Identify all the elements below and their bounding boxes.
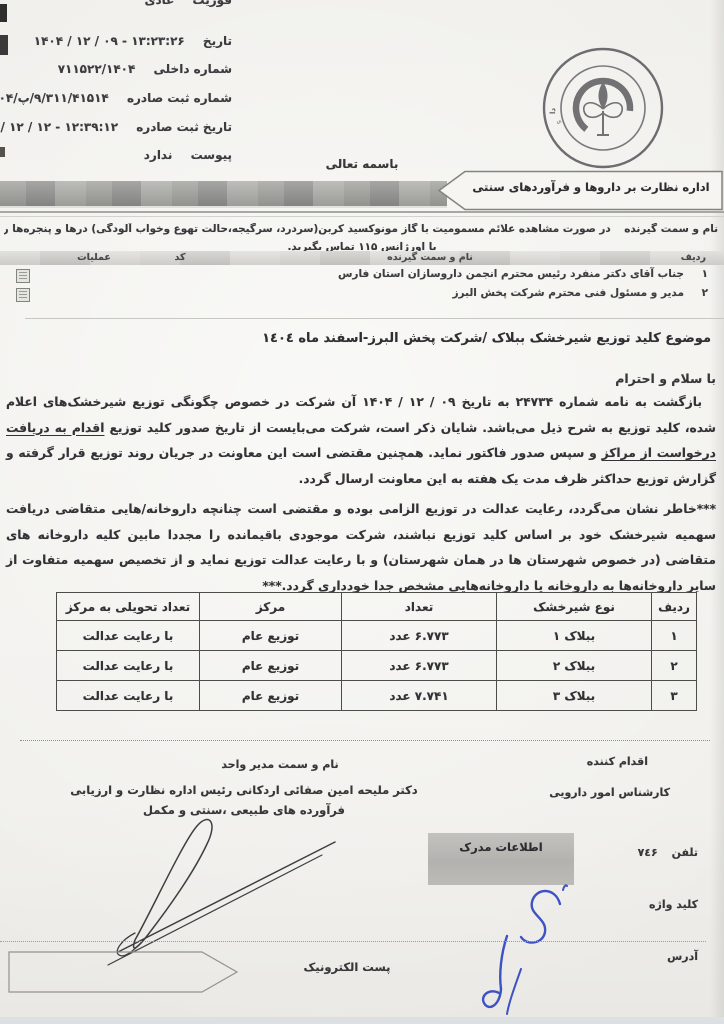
header-quantity: تعداد <box>342 593 497 621</box>
cell-delivered: با رعایت عدالت <box>57 681 200 711</box>
actor-label: اقدام کننده <box>587 755 648 768</box>
header-delivered: تعداد تحویلی به مرکز <box>57 593 200 621</box>
date-label: تاریخ <box>203 34 232 48</box>
registration-number-value: ص/۱۴۰۴/پ/۹/۳۱۱/۴۱۵۱۴ <box>0 91 109 105</box>
recipients-table-header: ردیف نام و سمت گیرنده کد عملیات <box>0 251 724 265</box>
cell-row: ۲ <box>652 651 697 681</box>
cell-qty: ۶.۷۷۳ عدد <box>342 621 497 651</box>
department-bar <box>0 181 447 206</box>
recipient-name: جناب آقای دکتر منفرد رئیس محترم انجمن دا… <box>338 268 684 280</box>
seal-tulip-emblem <box>565 70 641 146</box>
recipient-field-label: نام و سمت گیرنده <box>624 223 718 235</box>
table-header-row: ردیف نوع شیرخشک تعداد مرکز تعداد تحویلی … <box>57 593 697 621</box>
department-title: اداره نظارت بر داروها و فرآوردهای سنتی <box>468 180 714 194</box>
cell-row: ۱ <box>652 621 697 651</box>
internal-number-label: شماره داخلی <box>154 62 232 76</box>
table-row: ۱ ببلاک ۱ ۶.۷۷۳ عدد توزیع عام با رعایت ع… <box>57 621 697 651</box>
registration-date-value: ۱۴۰۴ / ۱۲ / ۱۲ - ۱۲:۳۹:۱۲ <box>0 120 118 134</box>
header-center: مرکز <box>200 593 342 621</box>
divider <box>0 211 724 213</box>
blue-signature <box>463 874 585 1022</box>
internal-number-value: ۷۱۱۵۲۲/۱۴۰۴ <box>58 62 136 76</box>
date-value: ۱۴۰۴ / ۱۲ / ۰۹ - ۱۳:۲۳:۲۶ <box>34 34 185 48</box>
cell-qty: ۷.۷۴۱ عدد <box>342 681 497 711</box>
cell-center: توزیع عام <box>200 681 342 711</box>
scan-artifact <box>0 147 5 157</box>
meta-row-registration-number: شماره ثبت صادره ص/۱۴۰۴/پ/۹/۳۱۱/۴۱۵۱۴ <box>0 91 232 105</box>
col-recipient-name: نام و سمت گیرنده <box>372 252 488 263</box>
cell-delivered: با رعایت عدالت <box>57 621 200 651</box>
meta-row-urgency: فوریت عادی <box>144 0 232 7</box>
paragraph-text: بازگشت به نامه شماره ۲۴۷۳۴ به تاریخ ۰۹ /… <box>6 395 716 435</box>
document-page: فوریت عادی تاریخ ۱۴۰۴ / ۱۲ / ۰۹ - ۱۳:۲۳:… <box>0 0 724 1024</box>
phone-value: ۷٤۶ <box>638 846 658 859</box>
divider <box>0 941 706 942</box>
meta-row-internal-number: شماره داخلی ۷۱۱۵۲۲/۱۴۰۴ <box>58 62 232 76</box>
university-seal-icon: دانشگاه علوم پزشکی و خدمات بهداشتی درمان… <box>541 46 665 170</box>
registration-date-label: تاریخ ثبت صادره <box>136 120 232 134</box>
document-checkbox-icon <box>16 269 30 283</box>
salutation: با سلام و احترام <box>615 371 716 386</box>
cell-type: ببلاک ۲ <box>497 651 652 681</box>
document-checkbox-icon <box>16 288 30 302</box>
manager-caption: نام و سمت مدیر واحد <box>205 758 355 771</box>
phone-row: تلفن ۷٤۶ <box>638 846 698 859</box>
phone-label: تلفن <box>672 846 698 859</box>
divider <box>20 740 710 741</box>
table-row: ۳ ببلاک ۳ ۷.۷۴۱ عدد توزیع عام با رعایت ع… <box>57 681 697 711</box>
meta-row-date: تاریخ ۱۴۰۴ / ۱۲ / ۰۹ - ۱۳:۲۳:۲۶ <box>34 34 232 48</box>
cell-center: توزیع عام <box>200 621 342 651</box>
subject-line: موضوع کلید توزیع شیرخشک ببلاک /شرکت پخش … <box>262 331 711 346</box>
table-row: ۲ ببلاک ۲ ۶.۷۷۳ عدد توزیع عام با رعایت ع… <box>57 651 697 681</box>
cell-type: ببلاک ۱ <box>497 621 652 651</box>
cell-qty: ۶.۷۷۳ عدد <box>342 651 497 681</box>
divider <box>0 216 724 217</box>
actor-role: کارشناس امور دارویی <box>549 786 670 799</box>
cell-center: توزیع عام <box>200 651 342 681</box>
urgency-label: فوریت <box>193 0 233 7</box>
scan-artifact <box>0 35 8 55</box>
scan-artifact <box>0 4 7 22</box>
email-label: پست الکترونیک <box>292 960 402 974</box>
cell-type: ببلاک ۳ <box>497 681 652 711</box>
co-warning-text: در صورت مشاهده علائم مسمومیت با گاز مونو… <box>4 223 611 235</box>
body-paragraph-2: ***خاطر نشان می‌گردد، رعایت عدالت در توز… <box>6 497 716 599</box>
header-row-number: ردیف <box>652 593 697 621</box>
col-operations: عملیات <box>72 252 116 263</box>
urgency-value: عادی <box>144 0 174 7</box>
col-row-number: ردیف <box>681 252 706 263</box>
body-paragraph-1: بازگشت به نامه شماره ۲۴۷۳۴ به تاریخ ۰۹ /… <box>6 390 716 492</box>
cell-row: ۳ <box>652 681 697 711</box>
recipient-warning-line: نام و سمت گیرنده در صورت مشاهده علائم مس… <box>4 223 718 235</box>
col-code: کد <box>163 252 197 263</box>
registration-number-label: شماره ثبت صادره <box>127 91 232 105</box>
keyword-label: کلید واژه <box>649 898 698 911</box>
basmala: باسمه تعالی <box>0 157 724 171</box>
meta-row-registration-date: تاریخ ثبت صادره ۱۴۰۴ / ۱۲ / ۱۲ - ۱۲:۳۹:۱… <box>0 120 232 134</box>
header-milk-type: نوع شیرخشک <box>497 593 652 621</box>
divider <box>25 318 724 319</box>
recipient-row-number: ۲ <box>702 287 708 299</box>
recipient-name: مدیر و مسئول فنی محترم شرکت پخش البرز <box>452 287 684 299</box>
address-label: آدرس <box>667 950 698 963</box>
recipient-row-number: ۱ <box>702 268 708 280</box>
cell-delivered: با رعایت عدالت <box>57 651 200 681</box>
right-arrow-outline <box>8 948 240 996</box>
distribution-table: ردیف نوع شیرخشک تعداد مرکز تعداد تحویلی … <box>56 592 697 711</box>
scan-edge <box>0 1017 724 1024</box>
